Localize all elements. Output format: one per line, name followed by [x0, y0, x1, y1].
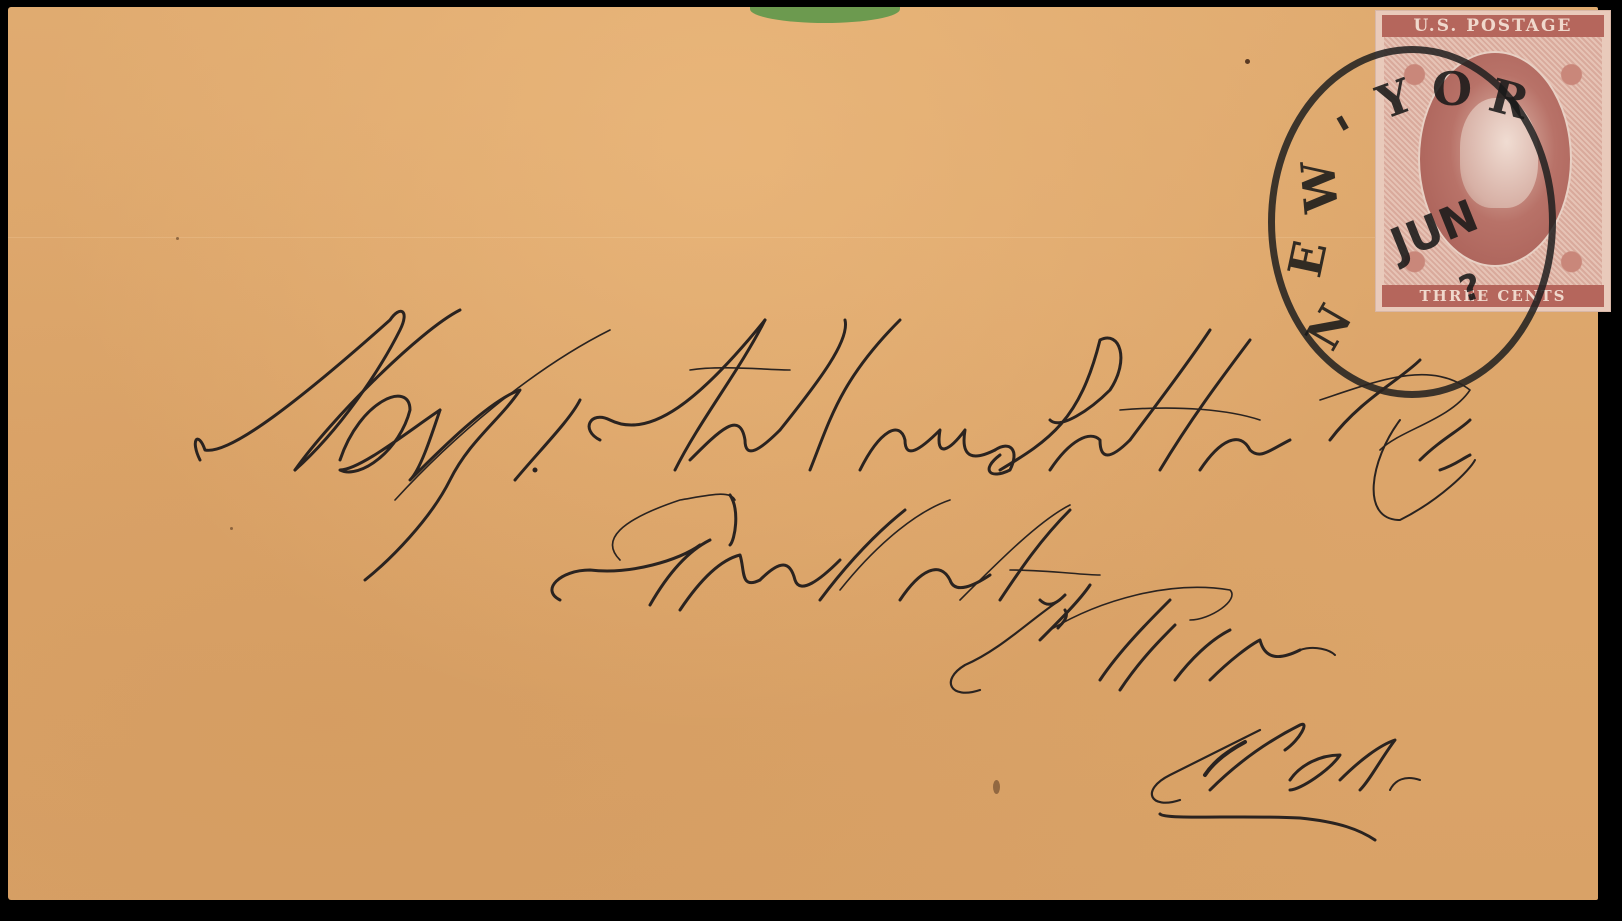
handwriting-strokes [0, 0, 1622, 921]
